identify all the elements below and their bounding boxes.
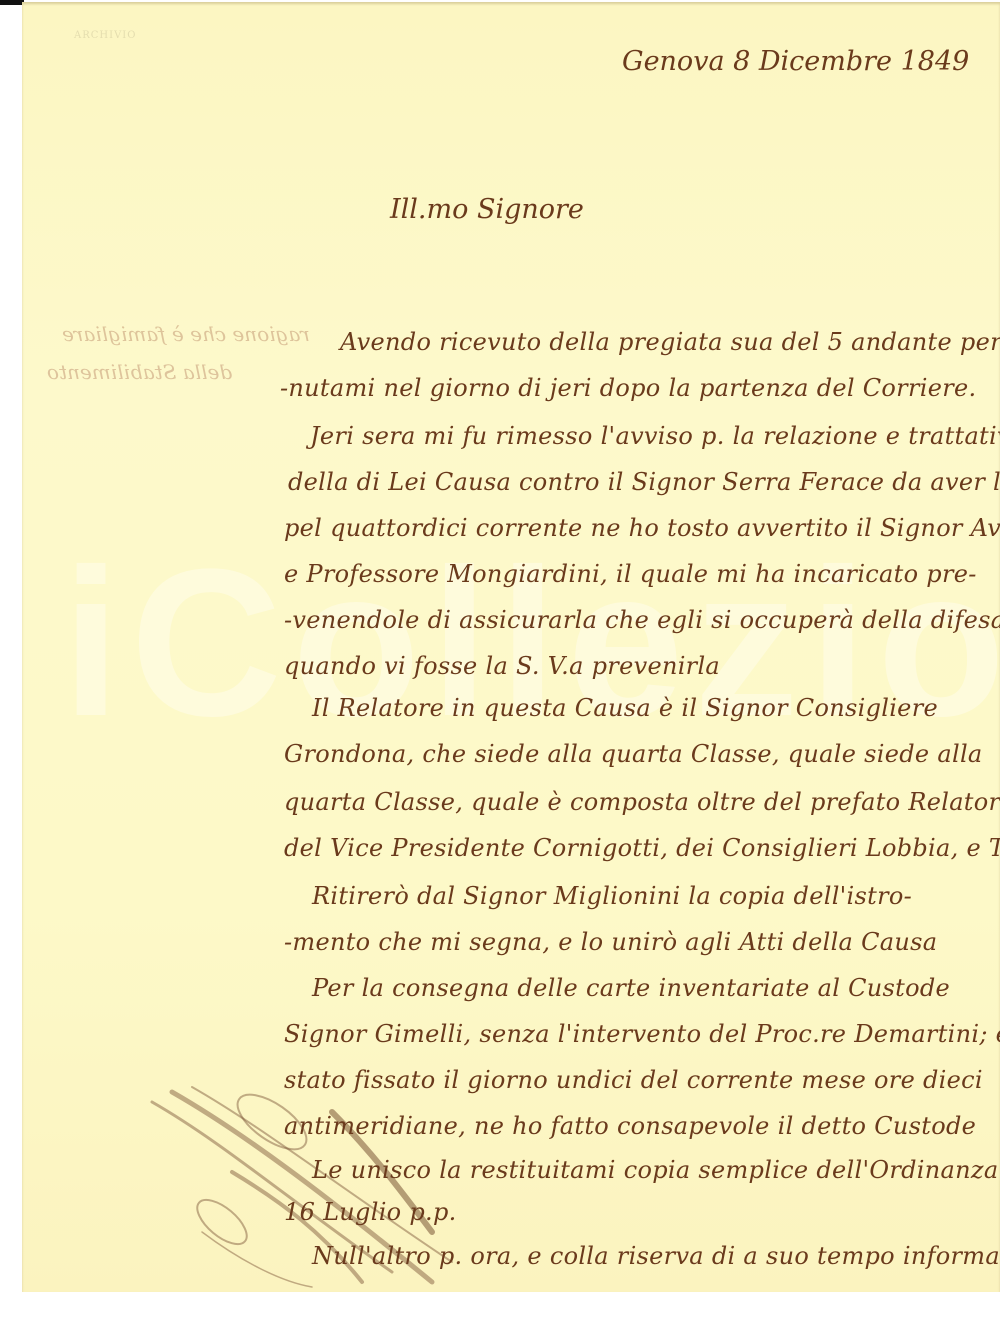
body-line: Null'altro p. ora, e colla riserva di a … bbox=[312, 1242, 1000, 1270]
body-line: e Professore Mongiardini, il quale mi ha… bbox=[284, 560, 977, 588]
body-line: quando vi fosse la S. V.a prevenirla bbox=[284, 652, 720, 680]
body-line: -venendole di assicurarla che egli si oc… bbox=[284, 606, 1000, 634]
salutation: Ill.mo Signore bbox=[390, 194, 584, 225]
body-line: 16 Luglio p.p. bbox=[284, 1198, 457, 1226]
body-line: quarta Classe, quale è composta oltre de… bbox=[284, 788, 1000, 816]
dateline: Genova 8 Dicembre 1849 bbox=[622, 46, 969, 77]
body-line: Per la consegna delle carte inventariate… bbox=[312, 974, 950, 1002]
letter-paper: ARCHIVIO ragione che è famigliare della … bbox=[22, 2, 1000, 1292]
letter-text: Genova 8 Dicembre 1849 Ill.mo Signore Av… bbox=[22, 2, 1000, 1292]
body-line: -mento che mi segna, e lo unirò agli Att… bbox=[284, 928, 937, 956]
body-line: Avendo ricevuto della pregiata sua del 5… bbox=[340, 328, 1000, 356]
body-line: del Vice Presidente Cornigotti, dei Cons… bbox=[284, 834, 1000, 862]
body-line: pel quattordici corrente ne ho tosto avv… bbox=[284, 514, 1000, 542]
body-line: Il Relatore in questa Causa è il Signor … bbox=[312, 694, 938, 722]
scan-edge bbox=[0, 0, 24, 5]
body-line: Grondona, che siede alla quarta Classe, … bbox=[284, 740, 983, 768]
body-line: Le unisco la restituitami copia semplice… bbox=[312, 1156, 998, 1184]
body-line: Signor Gimelli, senza l'intervento del P… bbox=[284, 1020, 1000, 1048]
body-line: antimeridiane, ne ho fatto consapevole i… bbox=[284, 1112, 976, 1140]
body-line: Jeri sera mi fu rimesso l'avviso p. la r… bbox=[310, 422, 1000, 450]
body-line: della di Lei Causa contro il Signor Serr… bbox=[288, 468, 1000, 496]
body-line: -nutami nel giorno di jeri dopo la parte… bbox=[280, 374, 976, 402]
body-line: stato fissato il giorno undici del corre… bbox=[284, 1066, 983, 1094]
body-line: Ritirerò dal Signor Miglionini la copia … bbox=[312, 882, 912, 910]
